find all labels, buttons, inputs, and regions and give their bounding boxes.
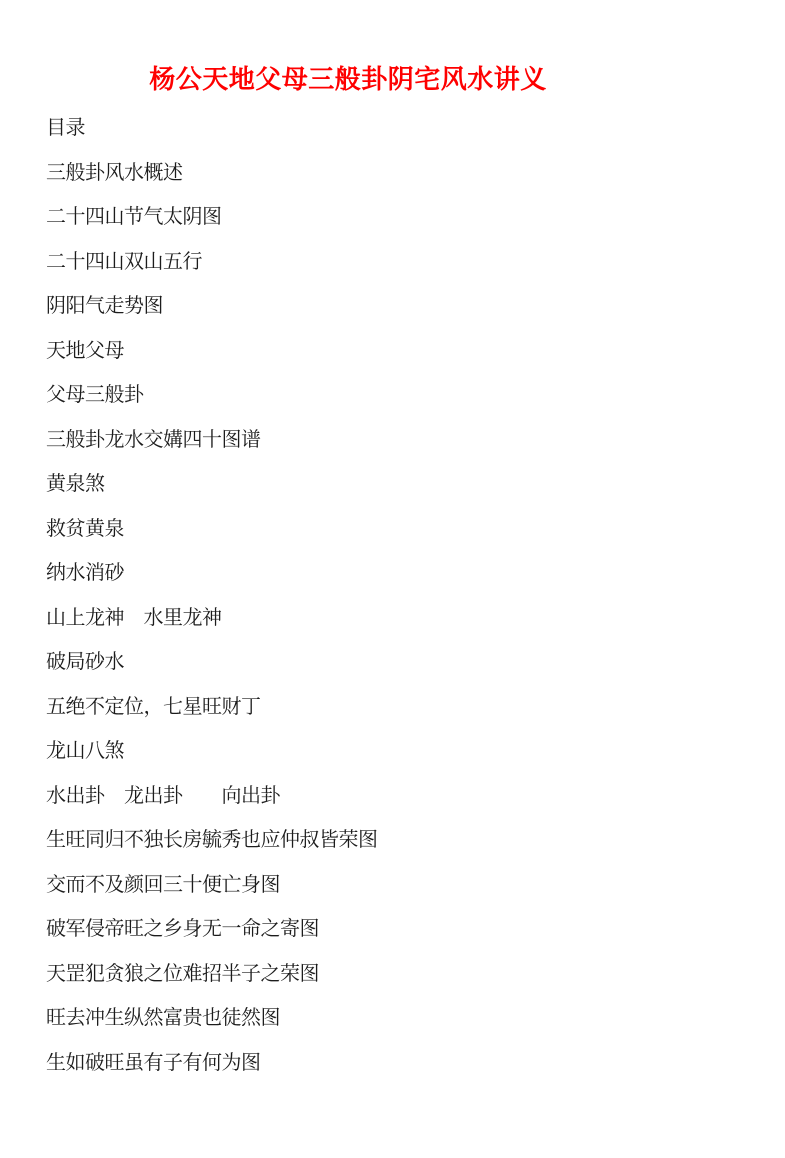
document-page: 杨公天地父母三般卦阴宅风水讲义 目录三般卦风水概述二十四山节气太阴图二十四山双山… xyxy=(0,0,785,1158)
toc-item: 旺去冲生纵然富贵也徒然图 xyxy=(46,1008,746,1029)
toc-item: 水出卦 龙出卦 向出卦 xyxy=(46,786,746,807)
toc-item: 五绝不定位，七星旺财丁 xyxy=(46,697,746,718)
toc-item: 龙山八煞 xyxy=(46,741,746,762)
toc-item: 纳水消砂 xyxy=(46,563,746,584)
toc-item: 父母三般卦 xyxy=(46,385,746,406)
toc-item: 阴阳气走势图 xyxy=(46,296,746,317)
toc-item: 生如破旺虽有子有何为图 xyxy=(46,1053,746,1074)
toc-item: 黄泉煞 xyxy=(46,474,746,495)
toc-item: 天地父母 xyxy=(46,341,746,362)
toc-item: 生旺同归不独长房毓秀也应仲叔皆荣图 xyxy=(46,830,746,851)
toc-item: 天罡犯贪狼之位难招半子之荣图 xyxy=(46,964,746,985)
toc-item: 救贫黄泉 xyxy=(46,519,746,540)
toc-list: 目录三般卦风水概述二十四山节气太阴图二十四山双山五行阴阳气走势图天地父母父母三般… xyxy=(46,118,746,1097)
toc-item: 交而不及颜回三十便亡身图 xyxy=(46,875,746,896)
toc-item: 二十四山节气太阴图 xyxy=(46,207,746,228)
toc-item: 破军侵帝旺之乡身无一命之寄图 xyxy=(46,919,746,940)
toc-item: 二十四山双山五行 xyxy=(46,252,746,273)
toc-item: 三般卦龙水交媾四十图谱 xyxy=(46,430,746,451)
toc-heading: 目录 xyxy=(46,118,746,139)
toc-item: 三般卦风水概述 xyxy=(46,163,746,184)
toc-item: 山上龙神 水里龙神 xyxy=(46,608,746,629)
toc-item: 破局砂水 xyxy=(46,652,746,673)
document-title: 杨公天地父母三般卦阴宅风水讲义 xyxy=(48,64,648,96)
